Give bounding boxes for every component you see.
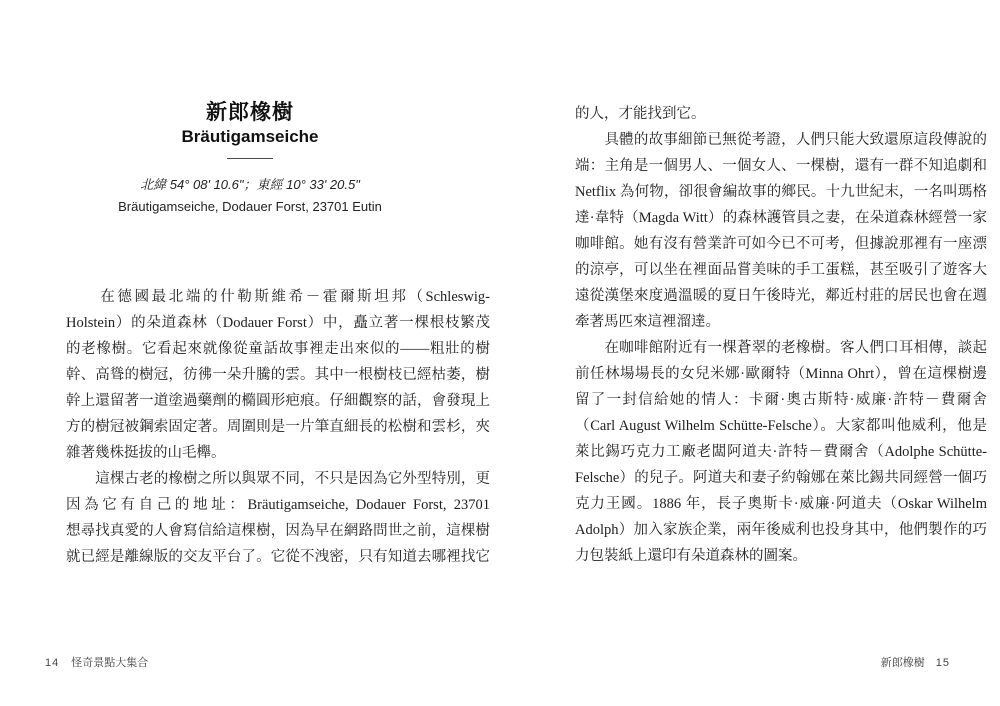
text-line: Adolph）加入家族企業，兩年後威利也投身其中，他們製作的巧克	[575, 517, 987, 543]
text-line: 幹上還留著一道塗過藥劑的橢圓形疤痕。仔細觀察的話，會發現上	[66, 388, 490, 414]
text-line: 就已經是離線版的交友平台了。它從不洩密，只有知道去哪裡找它	[66, 544, 490, 570]
right-footer: 新郎橡樹15	[881, 656, 950, 670]
right-page: 的人，才能找到它。 具體的故事細節已無從考證，人們只能大致還原這段傳說的開端：主…	[500, 0, 1000, 706]
text-line: 幹、高聳的樹冠，彷彿一朵升騰的雲。其中一根樹枝已經枯萎，樹	[66, 362, 490, 388]
text-line: Holstein）的朵道森林（Dodauer Forst）中，矗立著一棵根枝繁茂	[66, 310, 490, 336]
left-footer: 14怪奇景點大集合	[45, 656, 148, 670]
text-line: 這棵古老的橡樹之所以與眾不同，不只是因為它外型特別，更	[66, 466, 490, 492]
text-line: 具體的故事細節已無從考證，人們只能大致還原這段傳說的開	[575, 127, 987, 153]
title-divider	[227, 158, 273, 159]
text-line: 因為它有自己的地址：Bräutigamseiche, Dodauer Forst…	[66, 492, 490, 518]
chapter-title-chinese: 新郎橡樹	[0, 100, 500, 126]
text-line: 萊比錫巧克力工廠老闆阿道夫·許特－費爾舍（Adolphe Schütte-	[575, 439, 987, 465]
text-line: 在德國最北端的什勒斯維希－霍爾斯坦邦（Schleswig-	[66, 284, 490, 310]
text-line: Felsche）的兒子。阿道夫和妻子約翰娜在萊比錫共同經營一個巧	[575, 465, 987, 491]
address-line: Bräutigamseiche, Dodauer Forst, 23701 Eu…	[0, 198, 500, 216]
text-line: 克力王國。1886 年，長子奧斯卡·威廉·阿道夫（Oskar Wilhelm	[575, 491, 987, 517]
text-line: 的人，才能找到它。	[575, 101, 987, 127]
text-line: Netflix 為何物，卻很會編故事的鄉民。十九世紀末，一名叫瑪格	[575, 179, 987, 205]
text-line: （Carl August Wilhelm Schütte-Felsche）。大家…	[575, 413, 987, 439]
right-body-text: 的人，才能找到它。 具體的故事細節已無從考證，人們只能大致還原這段傳說的開端：主…	[575, 101, 987, 569]
text-line: 遠從漢堡來度過溫暖的夏日午後時光，鄰近村莊的居民也會在週末	[575, 283, 987, 309]
text-line: 方的樹冠被鋼索固定著。周圍則是一片筆直細長的松樹和雲杉，夾	[66, 414, 490, 440]
text-line: 咖啡館。她有沒有營業許可如今已不可考，但據說那裡有一座漂亮	[575, 231, 987, 257]
coordinates-line: 北緯 54° 08' 10.6"；東經 10° 33' 20.5"	[0, 176, 500, 194]
text-line: 端：主角是一個男人、一個女人、一棵樹，還有一群不知追劇和	[575, 153, 987, 179]
text-line: 達·韋特（Magda Witt）的森林護管員之妻，在朵道森林經營一家	[575, 205, 987, 231]
text-line: 想尋找真愛的人會寫信給這棵樹，因為早在網路問世之前，這棵樹	[66, 518, 490, 544]
running-head-book-title: 怪奇景點大集合	[71, 657, 148, 669]
text-line: 力包裝紙上還印有朵道森林的圖案。	[575, 543, 987, 569]
running-head-chapter-title: 新郎橡樹	[881, 657, 925, 669]
text-line: 的涼亭，可以坐在裡面品嘗美味的手工蛋糕，甚至吸引了遊客大老	[575, 257, 987, 283]
text-line: 的老橡樹。它看起來就像從童話故事裡走出來似的——粗壯的樹	[66, 336, 490, 362]
text-line: 留了一封信給她的情人：卡爾·奧古斯特·威廉·許特－費爾舍	[575, 387, 987, 413]
page-number-right: 15	[936, 657, 950, 669]
book-spread: { "left_page": { "title_cn": "新郎橡樹", "ti…	[0, 0, 1000, 706]
left-page: 新郎橡樹 Bräutigamseiche 北緯 54° 08' 10.6"；東經…	[0, 0, 500, 706]
left-body-text: 在德國最北端的什勒斯維希－霍爾斯坦邦（Schleswig-Holstein）的朵…	[66, 284, 490, 570]
text-line: 雜著幾株挺拔的山毛櫸。	[66, 440, 490, 466]
text-line: 牽著馬匹來這裡溜達。	[575, 309, 987, 335]
text-line: 前任林場場長的女兒米娜·歐爾特（Minna Ohrt），曾在這棵樹邊	[575, 361, 987, 387]
chapter-title-german: Bräutigamseiche	[0, 126, 500, 148]
text-line: 在咖啡館附近有一棵蒼翠的老橡樹。客人們口耳相傳，談起	[575, 335, 987, 361]
page-number-left: 14	[45, 657, 59, 669]
